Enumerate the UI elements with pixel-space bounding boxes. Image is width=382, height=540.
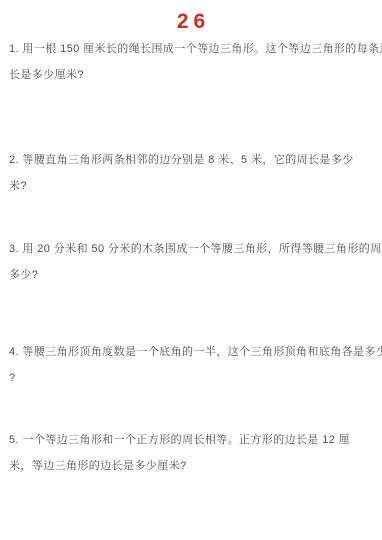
question-1-line-1: 1. 用一根 150 厘米长的绳长围成一个等边三角形。这个等边三角形的每条边的 xyxy=(9,36,374,62)
question-4-line-2: ? xyxy=(9,365,374,391)
worksheet-page: 26 1. 用一根 150 厘米长的绳长围成一个等边三角形。这个等边三角形的每条… xyxy=(0,0,382,540)
page-number: 26 xyxy=(0,10,382,34)
question-1-line-2: 长是多少厘米? xyxy=(9,62,374,88)
question-2-line-1: 2. 等腰直角三角形两条相邻的边分别是 8 米、5 米，它的周长是多少 xyxy=(9,147,374,173)
question-5-line-2: 米，等边三角形的边长是多少厘米? xyxy=(9,453,374,479)
question-3-line-2: 多少? xyxy=(9,262,374,288)
question-1: 1. 用一根 150 厘米长的绳长围成一个等边三角形。这个等边三角形的每条边的 … xyxy=(9,36,374,88)
question-4: 4. 等腰三角形顶角度数是一个底角的一半，这个三角形顶角和底角各是多少度 ? xyxy=(9,339,374,391)
worksheet-content: 1. 用一根 150 厘米长的绳长围成一个等边三角形。这个等边三角形的每条边的 … xyxy=(0,36,382,479)
question-5-line-1: 5. 一个等边三角形和一个正方形的周长相等。正方形的边长是 12 厘 xyxy=(9,427,374,453)
question-4-line-1: 4. 等腰三角形顶角度数是一个底角的一半，这个三角形顶角和底角各是多少度 xyxy=(9,339,374,365)
question-2-line-2: 米? xyxy=(9,173,374,199)
question-5: 5. 一个等边三角形和一个正方形的周长相等。正方形的边长是 12 厘 米，等边三… xyxy=(9,427,374,479)
question-3: 3. 用 20 分米和 50 分米的木条围成一个等腰三角形，所得等腰三角形的周长… xyxy=(9,236,374,288)
question-3-line-1: 3. 用 20 分米和 50 分米的木条围成一个等腰三角形，所得等腰三角形的周长… xyxy=(9,236,374,262)
question-2: 2. 等腰直角三角形两条相邻的边分别是 8 米、5 米，它的周长是多少 米? xyxy=(9,147,374,199)
